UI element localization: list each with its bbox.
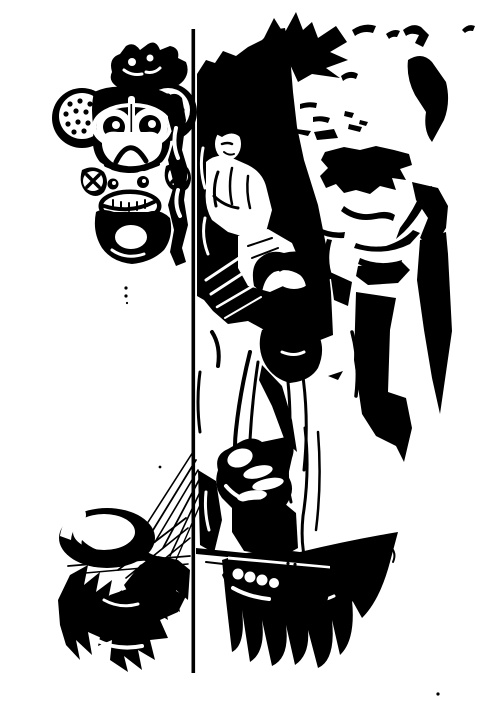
illustration-page [0,0,480,720]
ink-montage-illustration [0,0,480,720]
ink-speck [436,692,439,695]
